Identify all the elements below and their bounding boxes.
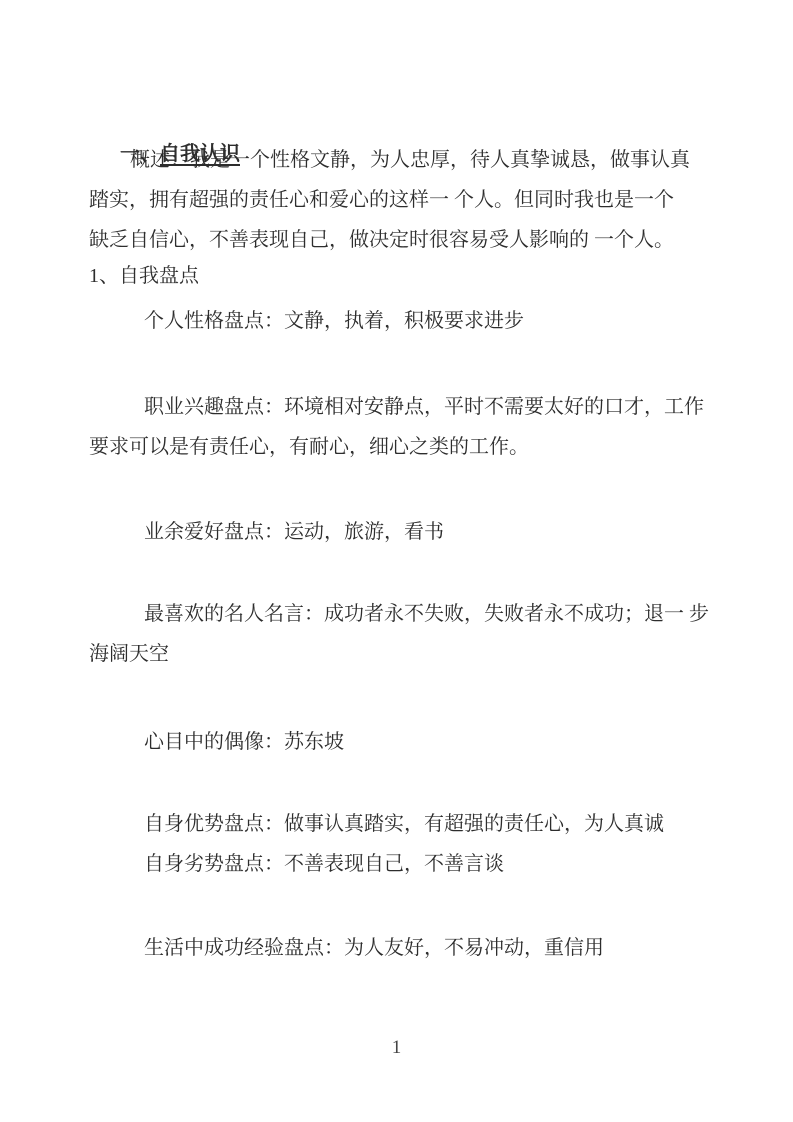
item-strengths-inventory: 自身优势盘点：做事认真踏实，有超强的责任心，为人真诚 xyxy=(89,804,753,844)
item-personality-inventory: 个人性格盘点：文静，执着，积极要求进步 xyxy=(89,301,753,341)
item-idol: 心目中的偶像：苏东坡 xyxy=(89,722,753,762)
item-career-interest-inventory: 职业兴趣盘点：环境相对安静点，平时不需要太好的口才，工作 要求可以是有责任心，有… xyxy=(89,387,753,467)
list-header-self-inventory: 1、自我盘点 xyxy=(89,256,753,296)
item-weaknesses-inventory: 自身劣势盘点：不善表现自己，不善言谈 xyxy=(89,844,753,884)
page-number: 1 xyxy=(0,1038,793,1058)
item-favorite-quote: 最喜欢的名人名言：成功者永不失败，失败者永不成功；退一 步 海阔天空 xyxy=(89,594,753,674)
item-hobby-inventory: 业余爱好盘点：运动，旅游，看书 xyxy=(89,512,753,552)
document-page: 一、自我认识 概述：我是一个性格文静，为人忠厚，待人真挚诚恳，做事认真 踏实，拥… xyxy=(0,0,793,1122)
item-life-success-inventory: 生活中成功经验盘点：为人友好，不易冲动，重信用 xyxy=(89,928,753,968)
paragraph-overview: 概述：我是一个性格文静，为人忠厚，待人真挚诚恳，做事认真 踏实，拥有超强的责任心… xyxy=(89,140,753,260)
